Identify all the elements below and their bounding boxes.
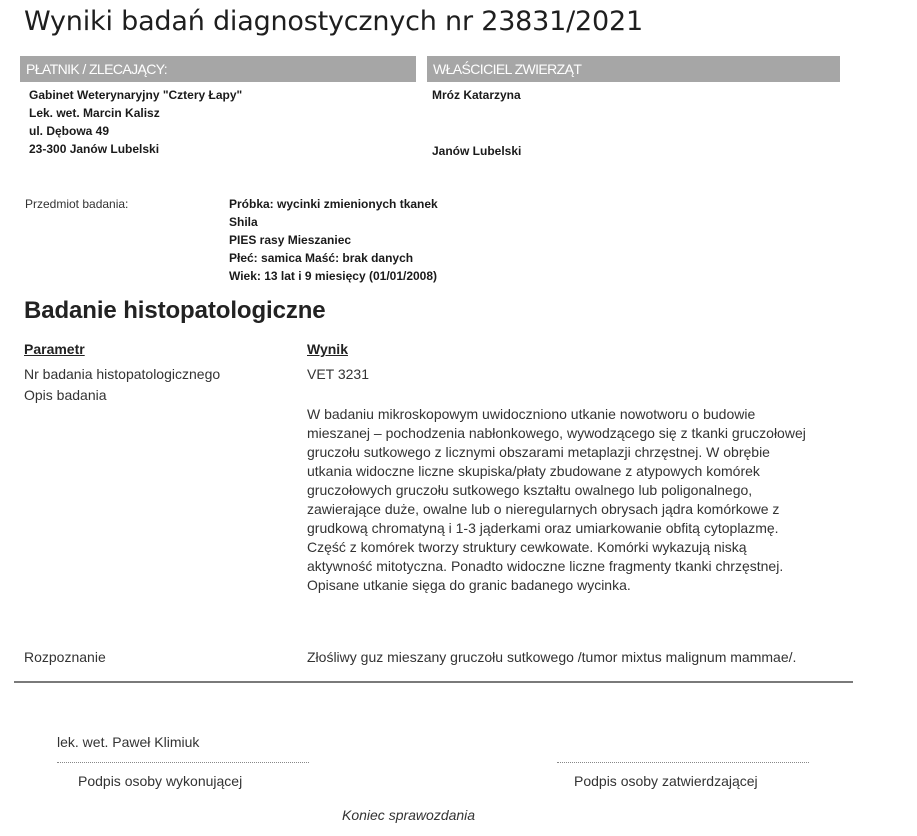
approver-signature-label: Podpis osoby zatwierdzającej [574,773,758,789]
performer-signature-label: Podpis osoby wykonującej [78,773,242,789]
performer-name: lek. wet. Paweł Klimiuk [57,734,199,750]
approver-signature-line [557,762,809,763]
owner-city: Janów Lubelski [432,142,521,160]
subject-details: Próbka: wycinki zmienionych tkanek Shila… [229,195,438,285]
payer-street: ul. Dębowa 49 [29,122,242,140]
row-value-exam-number: VET 3231 [307,364,369,384]
subject-species-breed: PIES rasy Mieszaniec [229,231,438,249]
row-value-description: W badaniu mikroskopowym uwidoczniono utk… [307,405,907,595]
column-header-result: Wynik [307,341,348,357]
performer-signature-line [57,762,309,763]
end-of-report-note: Koniec sprawozdania [342,807,475,823]
description-line: W badaniu mikroskopowym uwidoczniono utk… [307,405,907,424]
description-line: mieszanej – pochodzenia nabłonkowego, wy… [307,424,907,443]
payer-header: PŁATNIK / ZLECAJĄCY: [20,56,416,82]
description-line: Część z komórek tworzy struktury cewkowa… [307,538,907,557]
section-divider [14,681,853,683]
description-line: gruczołu sutkowego z licznymi obszarami … [307,443,907,462]
row-label-exam-number: Nr badania histopatologicznego [24,364,220,384]
payer-details: Gabinet Weterynaryjny "Cztery Łapy" Lek.… [29,86,242,158]
subject-sample: Próbka: wycinki zmienionych tkanek [229,195,438,213]
description-line: Opisane utkanie sięga do granic badanego… [307,576,907,595]
description-line: utkania widoczne liczne skupiska/płaty z… [307,462,907,481]
subject-age: Wiek: 13 lat i 9 miesięcy (01/01/2008) [229,267,438,285]
row-label-description: Opis badania [24,385,107,405]
row-value-diagnosis: Złośliwy guz mieszany gruczołu sutkowego… [307,647,796,667]
payer-clinic-name: Gabinet Weterynaryjny "Cztery Łapy" [29,86,242,104]
row-label-diagnosis: Rozpoznanie [24,647,106,667]
column-header-parameter: Parametr [24,341,85,357]
description-line: aktywność mitotyczna. Ponadto widoczne l… [307,557,907,576]
owner-header: WŁAŚCICIEL ZWIERZĄT [427,56,840,82]
subject-label: Przedmiot badania: [25,195,128,213]
section-title: Badanie histopatologiczne [24,297,326,325]
payer-vet-name: Lek. wet. Marcin Kalisz [29,104,242,122]
payer-city: 23-300 Janów Lubelski [29,140,242,158]
owner-name: Mróz Katarzyna [432,86,521,104]
subject-sex-color: Płeć: samica Maść: brak danych [229,249,438,267]
description-line: zawierające duże, owalne lub o nieregula… [307,500,907,519]
description-line: gruczołowych gruczołu sutkowego kształtu… [307,481,907,500]
description-line: grudkową chromatyną i 1-3 jąderkami oraz… [307,519,907,538]
subject-animal-name: Shila [229,213,438,231]
document-title: Wyniki badań diagnostycznych nr 23831/20… [24,6,643,37]
